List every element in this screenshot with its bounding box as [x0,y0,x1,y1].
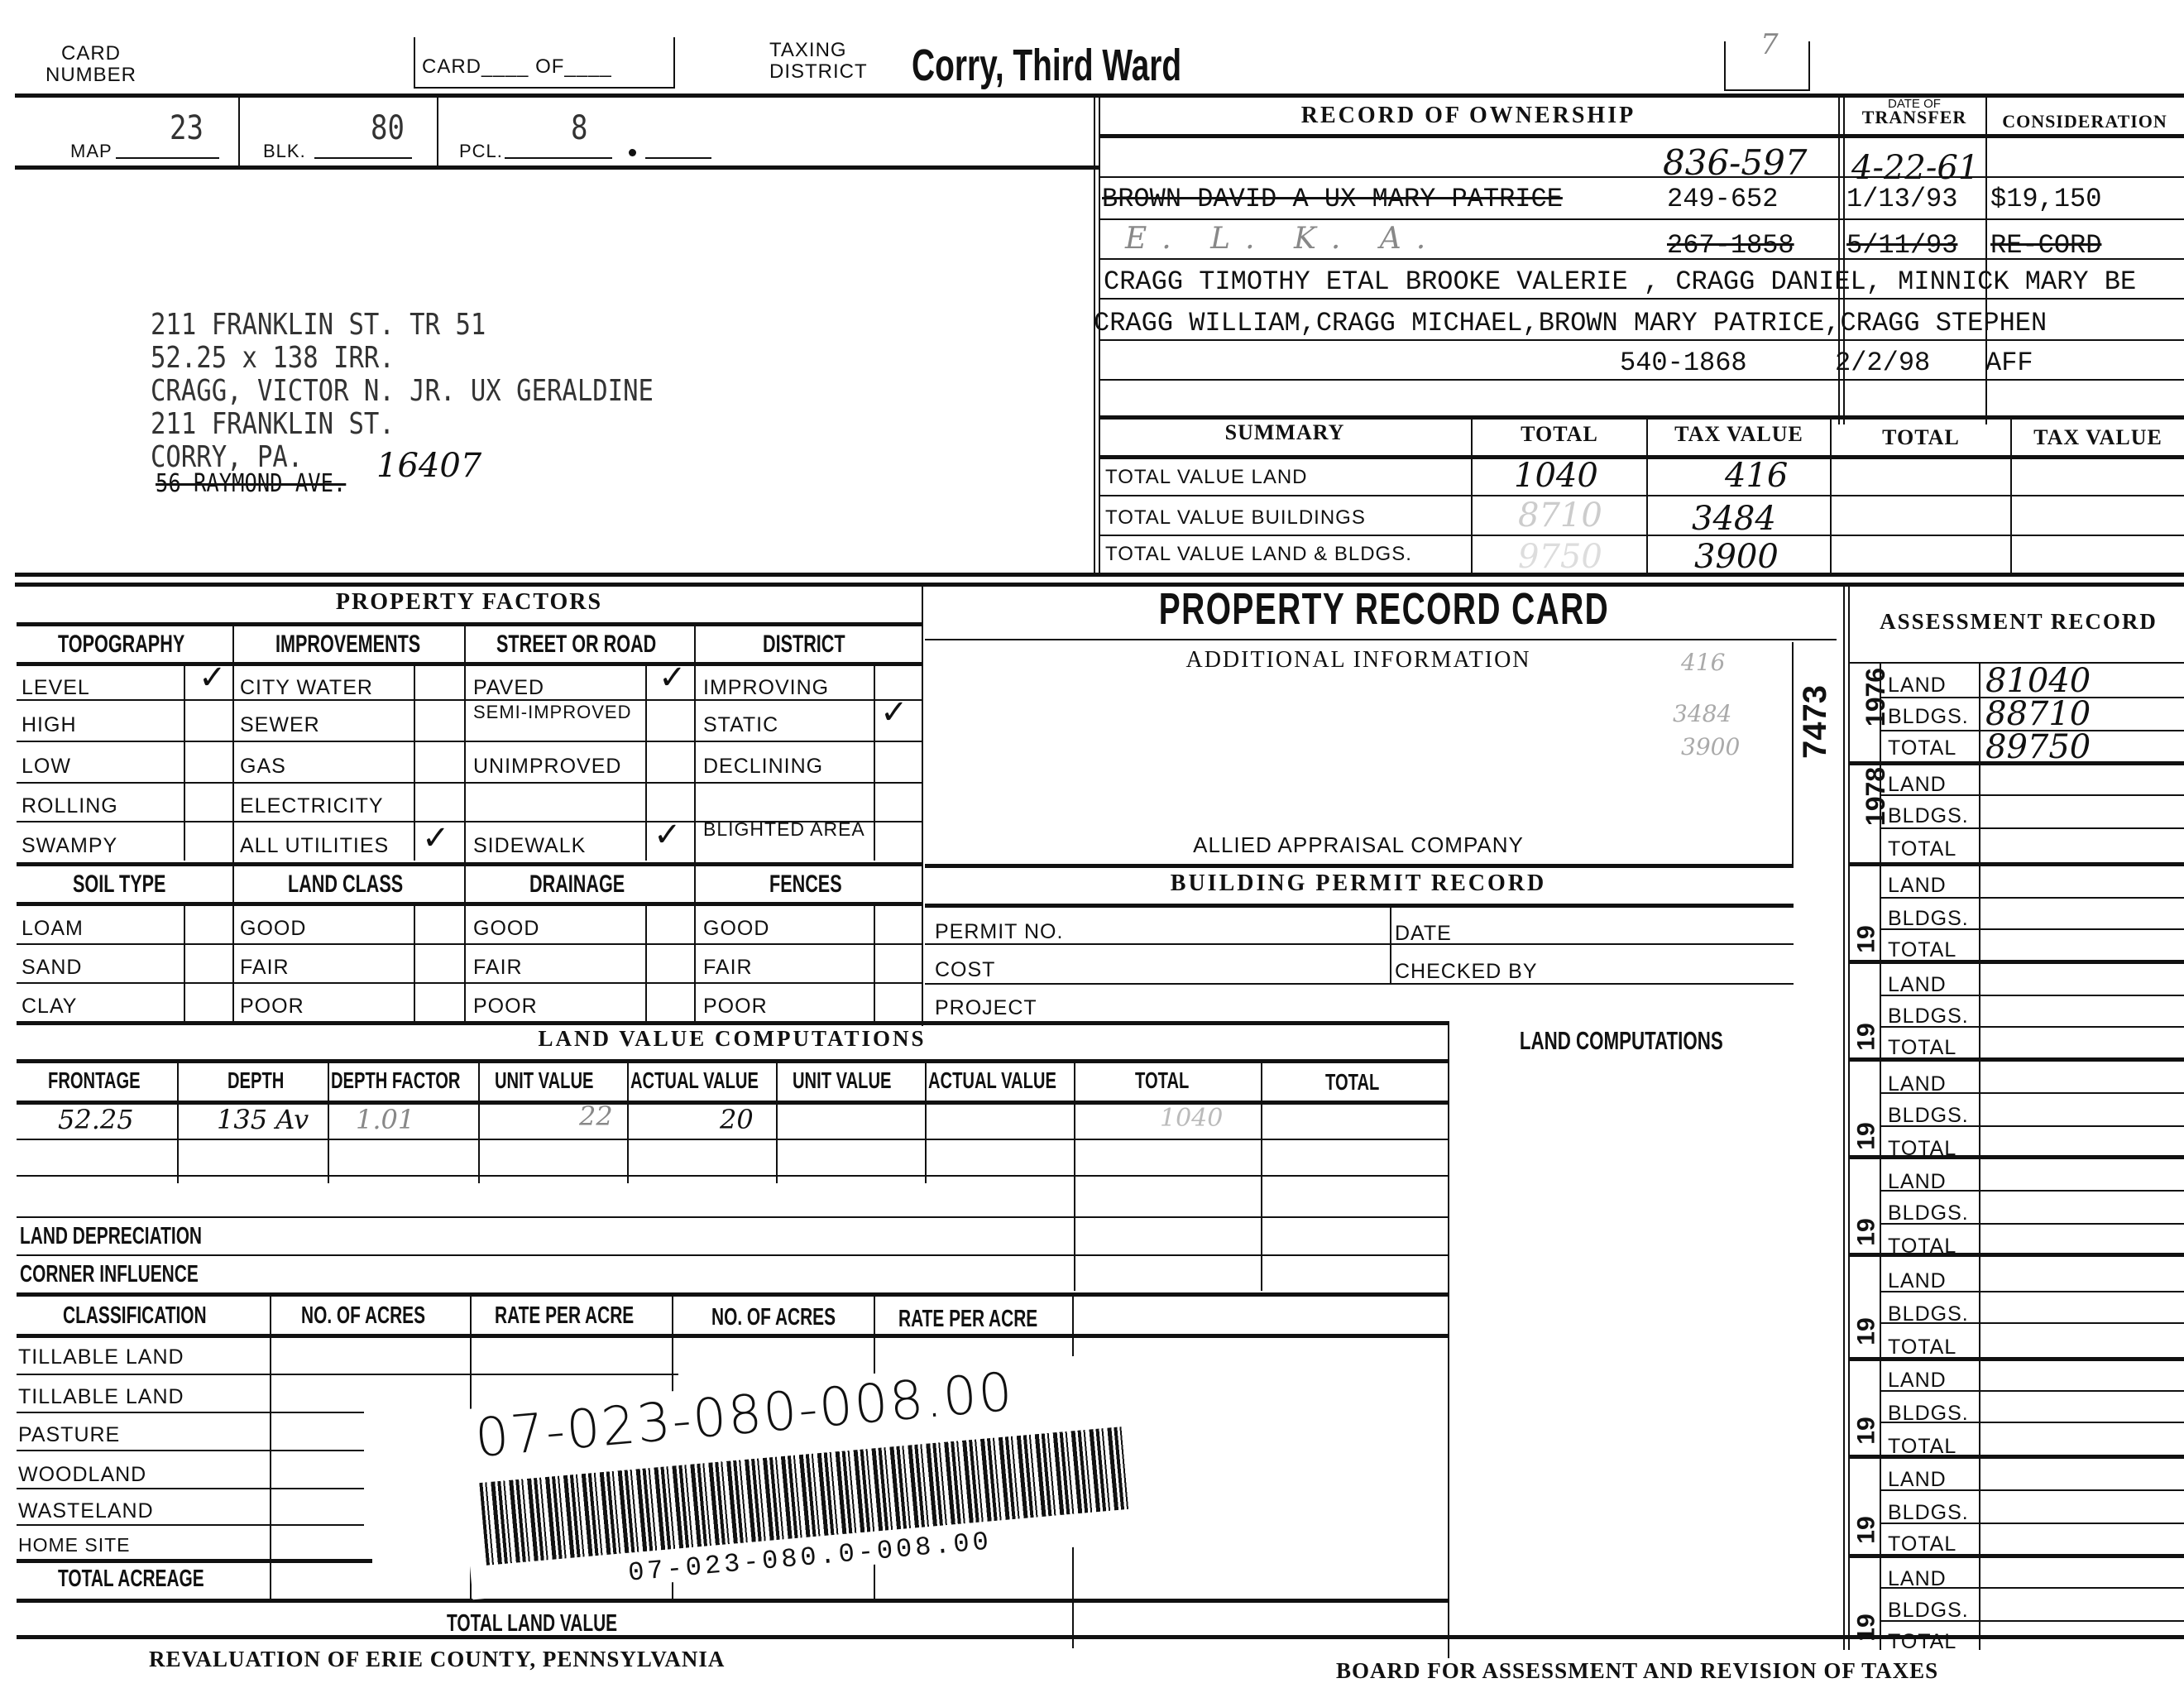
fences-good: GOOD [703,917,769,941]
owner-name: CRAGG WILLIAM,CRAGG MICHAEL,BROWN MARY P… [1094,308,2047,338]
land-label: LAND [1888,773,1947,797]
total-header: TOTAL [1473,422,1646,447]
land-label: LAND [1888,973,1947,997]
label-line: NUMBER [45,65,136,86]
assessment-stamp: 7473 [1797,685,1834,759]
unit-value-header-2: UNIT VALUE [793,1067,891,1094]
total-header: TOTAL [1135,1067,1189,1094]
owner-name: CRAGG TIMOTHY ETAL BROOKE VALERIE , CRAG… [1104,266,2136,297]
assessment-year: 1978 [1861,767,1891,826]
sticker-background: 07-023-080-008.00 07-023-080.0-008.00 [457,1351,1149,1600]
factor-sidewalk: SIDEWALK [473,834,586,858]
owner-name: CRAGG, VICTOR N. JR. UX GERALDINE [151,374,654,408]
header-line: TRANSFER [1843,111,1985,124]
consideration: AFF [1985,348,2033,378]
summary-tax-value: 3900 [1694,538,1779,576]
acreage-row-label: TILLABLE LAND [18,1385,184,1409]
summary-tax-value: 416 [1725,457,1788,495]
classification-header: CLASSIFICATION [63,1302,207,1330]
year-prefix: 19 [1853,1516,1881,1543]
check-mark-icon[interactable]: ✓ [659,659,687,697]
actual-value-header: ACTUAL VALUE [630,1067,759,1094]
owner-name: E. L. K. A. [1125,222,1440,256]
card-of-box: CARD____ OF____ [414,37,675,89]
factor-gas: GAS [240,755,286,779]
date-of-transfer-header: DATE OF TRANSFER [1843,98,1985,124]
no-of-acres-header-2: NO. OF ACRES [711,1304,836,1331]
factor-improving: IMPROVING [703,676,829,700]
bldgs-label: BLDGS. [1888,705,1969,729]
actual-value-header-2: ACTUAL VALUE [928,1067,1056,1094]
property-record-card-title: PROPERTY RECORD CARD [1053,583,1714,635]
acreage-row-label: PASTURE [18,1423,120,1447]
bldgs-label: BLDGS. [1888,1599,1969,1623]
acreage-row-label: HOME SITE [18,1534,131,1556]
transfer-date: 4-22-61 [1851,149,1979,187]
check-mark-icon[interactable]: ✓ [199,659,227,697]
land-label: LAND [1888,1468,1947,1492]
summary-row-label: TOTAL VALUE BUILDINGS [1105,506,1366,530]
total-label: TOTAL [1888,1036,1956,1060]
factor-city-water: CITY WATER [240,676,373,700]
land-class-good: GOOD [240,917,306,941]
ownership-title: RECORD OF OWNERSHIP [1099,103,1838,129]
lot-dimensions: 52.25 x 138 IRR. [151,341,395,375]
check-mark-icon[interactable]: ✓ [654,816,682,854]
drainage-poor: POOR [473,995,538,1019]
consideration-header: CONSIDERATION [1985,111,2184,132]
deed-book-page: 540-1868 [1620,348,1747,378]
total-label: TOTAL [1888,837,1956,861]
consideration: RE-CORD [1990,230,2101,261]
bldgs-label: BLDGS. [1888,907,1969,931]
year-prefix: 19 [1853,1614,1881,1641]
bldgs-label: BLDGS. [1888,1501,1969,1525]
assessment-title: ASSESSMENT RECORD [1853,609,2184,635]
unit-value: 22 [579,1101,613,1132]
year-prefix: 19 [1853,1317,1881,1345]
footer-county: REVALUATION OF ERIE COUNTY, PENNSYLVANIA [149,1647,725,1672]
soil-type-header: SOIL TYPE [73,870,165,899]
number-box: 7 [1724,41,1810,91]
factor-unimproved: UNIMPROVED [473,755,621,779]
land-depreciation-label: LAND DEPRECIATION [20,1223,202,1250]
depth-factor-value: 1.01 [356,1104,414,1135]
drainage-fair: FAIR [473,956,523,980]
total-label: TOTAL [1888,1336,1956,1360]
project-label: PROJECT [935,996,1037,1020]
land-value-title: LAND VALUE COMPUTATIONS [17,1026,1448,1052]
summary-tax-value: 3484 [1692,500,1776,538]
factor-all-utilities: ALL UTILITIES [240,834,389,858]
tax-value-header: TAX VALUE [2012,425,2184,450]
additional-information-title: ADDITIONAL INFORMATION [925,647,1792,674]
checked-by-label: CHECKED BY [1395,960,1538,984]
acreage-row-label: TILLABLE LAND [18,1345,184,1369]
factor-rolling: ROLLING [22,794,118,818]
fences-fair: FAIR [703,956,753,980]
additional-note: 416 [1681,649,1725,676]
factor-sewer: SEWER [240,713,320,737]
topography-header: TOPOGRAPHY [58,631,184,659]
total-header: TOTAL [1832,425,2010,450]
total-label: TOTAL [1888,1630,1956,1654]
street-header: STREET OR ROAD [496,631,656,659]
land-label: LAND [1888,674,1947,698]
deed-book-page: 249-652 [1667,184,1778,214]
year-prefix: 19 [1853,1417,1881,1444]
land-computations-title-wrap: LAND COMPUTATIONS [1449,1026,1794,1056]
struck-address: 56 RAYMOND AVE. [156,469,346,498]
factor-semi-improved: SEMI-IMPROVED [473,703,639,722]
map-value: 23 [170,109,204,147]
owner-name: BROWN DAVID A UX MARY PATRICE [1102,184,1563,214]
factor-paved: PAVED [473,676,544,700]
pcl-label: PCL. [459,141,503,162]
property-factors-title: PROPERTY FACTORS [17,589,922,616]
additional-note: 3900 [1681,733,1740,760]
total-label: TOTAL [1888,736,1956,760]
bldgs-label: BLDGS. [1888,804,1969,828]
factor-low: LOW [22,755,71,779]
summary-total: 9750 [1518,538,1602,576]
check-mark-icon[interactable]: ✓ [880,693,908,731]
map-label: MAP [70,141,113,162]
permit-title: BUILDING PERMIT RECORD [925,870,1792,897]
unit-value-header: UNIT VALUE [495,1067,593,1094]
rate-per-acre-header-2: RATE PER ACRE [898,1306,1037,1333]
land-class-poor: POOR [240,995,304,1019]
handwritten-zip: 16407 [376,447,481,485]
total-label: TOTAL [1888,938,1956,962]
year-prefix: 19 [1853,925,1881,952]
transfer-date: 5/11/93 [1846,230,1957,261]
year-prefix: 19 [1853,1218,1881,1245]
total-header-2: TOTAL [1325,1069,1379,1096]
card-of-label: CARD____ OF____ [422,55,612,79]
corner-influence-label: CORNER INFLUENCE [20,1261,199,1288]
summary-row-label: TOTAL VALUE LAND [1105,466,1308,489]
factor-blighted-area: BLIGHTED AREA [703,819,869,839]
land-class-fair: FAIR [240,956,290,980]
rate-per-acre-header: RATE PER ACRE [495,1302,634,1330]
footer-board: BOARD FOR ASSESSMENT AND REVISION OF TAX… [1336,1658,1938,1684]
total-land-value-label: TOTAL LAND VALUE [447,1610,617,1638]
land-label: LAND [1888,1369,1947,1393]
depth-header: DEPTH [227,1067,284,1094]
factor-swampy: SWAMPY [22,834,117,858]
total-value: 1040 [1160,1104,1223,1133]
factor-electricity: ELECTRICITY [240,794,384,818]
district-header: DISTRICT [763,631,845,659]
appraisal-company: ALLIED APPRAISAL COMPANY [925,832,1792,858]
factor-level: LEVEL [22,676,90,700]
permit-cost-label: COST [935,958,995,982]
year-prefix: 19 [1853,1023,1881,1050]
actual-value: 20 [720,1104,754,1135]
land-computations-title: LAND COMPUTATIONS [1520,1026,1723,1056]
transfer-date: 2/2/98 [1835,348,1930,378]
depth-value: 135 Av [217,1104,309,1135]
frontage-value: 52.25 [58,1104,134,1135]
fences-poor: POOR [703,995,768,1019]
blk-label: BLK. [263,141,306,162]
permit-no-label: PERMIT NO. [935,920,1063,944]
year-prefix: 19 [1853,1122,1881,1149]
additional-note: 3484 [1673,700,1731,727]
land-label: LAND [1888,874,1947,898]
total-label: TOTAL [1888,1532,1956,1556]
drainage-good: GOOD [473,917,539,941]
fences-header: FENCES [769,870,842,899]
pcl-value: 8 [571,109,587,147]
improvements-header: IMPROVEMENTS [275,631,420,659]
soil-loam: LOAM [22,917,84,941]
bldgs-label: BLDGS. [1888,1104,1969,1128]
depth-factor-header: DEPTH FACTOR [331,1067,460,1094]
consideration: $19,150 [1990,184,2101,214]
permit-date-label: DATE [1395,922,1452,946]
label-line: CARD [45,43,136,65]
total-acreage-label: TOTAL ACREAGE [58,1566,204,1593]
bldgs-label: BLDGS. [1888,1201,1969,1225]
factor-declining: DECLINING [703,755,823,779]
acreage-row-label: WASTELAND [18,1499,154,1523]
land-label: LAND [1888,1269,1947,1293]
address-line: 211 FRANKLIN ST. TR 51 [151,308,486,342]
mailing-street: 211 FRANKLIN ST. [151,407,395,441]
soil-sand: SAND [22,956,82,980]
drainage-header: DRAINAGE [529,870,625,899]
land-class-header: LAND CLASS [288,870,403,899]
card-number-label: CARD NUMBER [45,43,136,86]
tax-value-header: TAX VALUE [1648,422,1830,447]
label-line: DISTRICT [769,61,868,83]
factor-high: HIGH [22,713,77,737]
label-line: TAXING [769,40,868,61]
box-number: 7 [1760,28,1779,61]
summary-total: 1040 [1514,457,1598,495]
summary-header: SUMMARY [1099,420,1471,445]
no-of-acres-header: NO. OF ACRES [301,1302,425,1330]
summary-total: 8710 [1518,496,1602,535]
summary-row-label: TOTAL VALUE LAND & BLDGS. [1105,543,1412,566]
taxing-district-label: TAXING DISTRICT [769,40,868,83]
transfer-date: 1/13/93 [1846,184,1957,214]
factor-static: STATIC [703,713,778,737]
taxing-district-value: Corry, Third Ward [912,40,1181,91]
soil-clay: CLAY [22,995,77,1019]
check-mark-icon[interactable]: ✓ [422,819,450,857]
blk-value: 80 [371,109,405,147]
frontage-header: FRONTAGE [48,1067,141,1094]
bldgs-label: BLDGS. [1888,1005,1969,1029]
deed-book-page: 267-1858 [1667,230,1794,261]
acreage-row-label: WOODLAND [18,1463,146,1487]
